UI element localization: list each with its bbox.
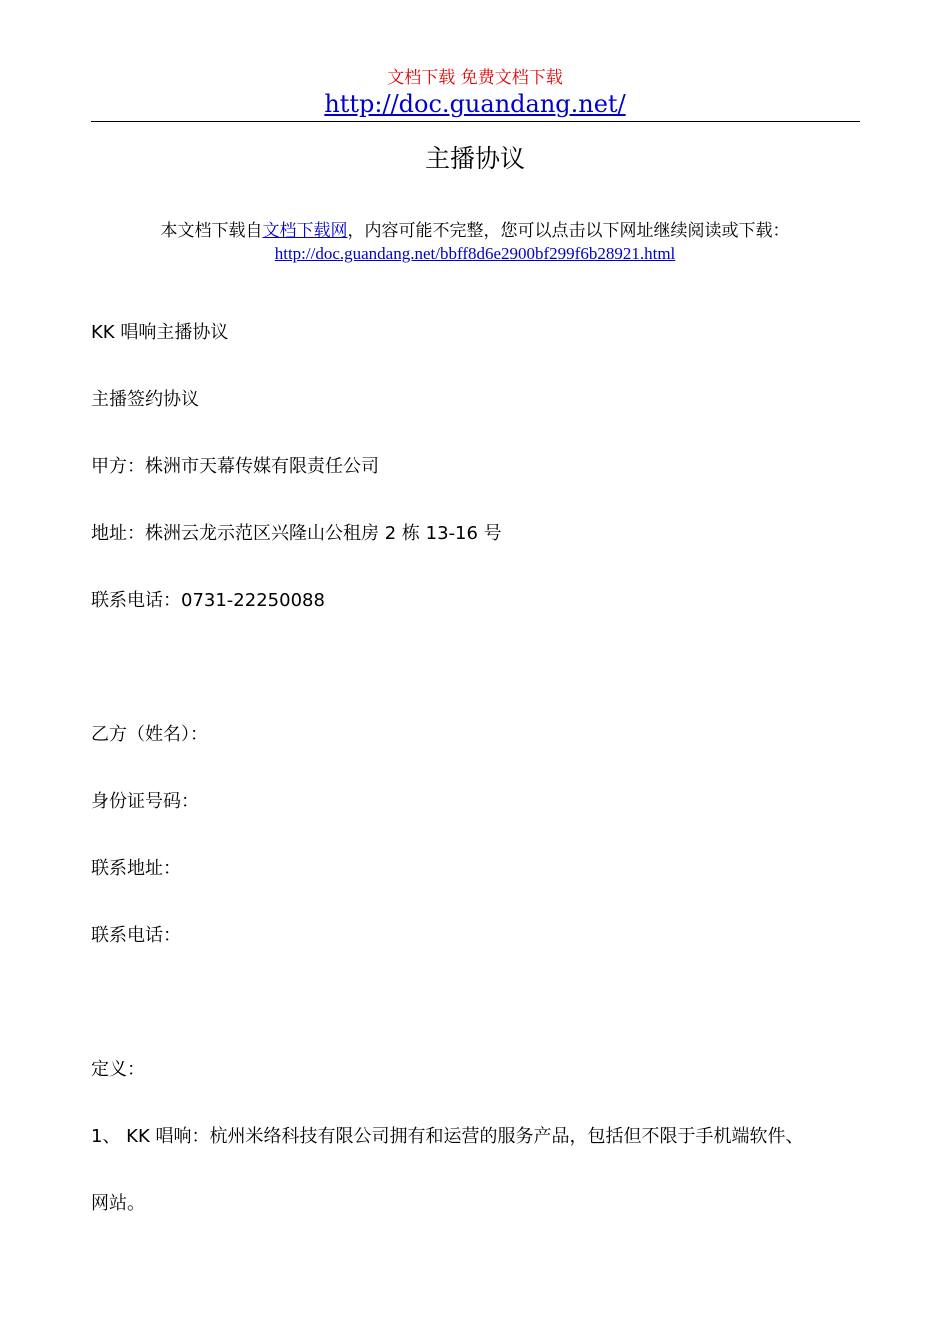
paragraph-party-b-name: 乙方（姓名）： <box>91 723 208 747</box>
paragraph-definitions: 定义： <box>91 1058 145 1082</box>
paragraph-party-a-address: 地址：株洲云龙示范区兴隆山公租房 2 栋 13-16 号 <box>91 522 502 546</box>
notice-suffix: ，内容可能不完整，您可以点击以下网址继续阅读或下载： <box>348 221 790 241</box>
paragraph-party-b-address: 联系地址： <box>91 857 181 881</box>
notice-site-link[interactable]: 文档下载网 <box>263 221 348 241</box>
banner-title: 文档下载 免费文档下载 <box>0 67 950 89</box>
document-title: 主播协议 <box>0 143 950 175</box>
paragraph-subheading: 主播签约协议 <box>91 388 199 412</box>
notice-url-link[interactable]: http://doc.guandang.net/bbff8d6e2900bf29… <box>0 243 950 265</box>
banner-url-link[interactable]: http://doc.guandang.net/ <box>0 89 950 119</box>
notice-prefix: 本文档下载自 <box>161 221 263 241</box>
paragraph-party-b-id: 身份证号码： <box>91 790 199 814</box>
paragraph-definition-1-cont: 网站。 <box>91 1192 145 1216</box>
paragraph-definition-1: 1、 KK 唱响：杭州米络科技有限公司拥有和运营的服务产品，包括但不限于手机端软… <box>91 1125 804 1149</box>
download-notice: 本文档下载自文档下载网，内容可能不完整，您可以点击以下网址继续阅读或下载： <box>0 219 950 243</box>
paragraph-heading: KK 唱响主播协议 <box>91 321 228 345</box>
paragraph-party-a-phone: 联系电话：0731-22250088 <box>91 589 325 613</box>
header-divider <box>91 121 860 122</box>
paragraph-party-a: 甲方：株洲市天幕传媒有限责任公司 <box>91 455 379 479</box>
paragraph-party-b-phone: 联系电话： <box>91 924 181 948</box>
